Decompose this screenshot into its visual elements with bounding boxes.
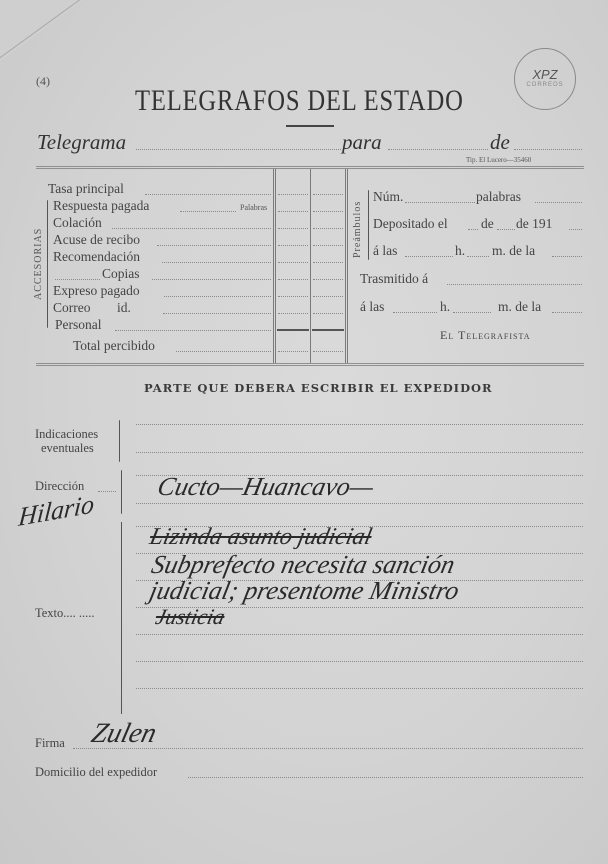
cell-importe-7[interactable] <box>313 296 343 297</box>
texto-handwritten-line-4: Justicia <box>153 604 227 630</box>
charge-field-expreso[interactable] <box>164 296 271 297</box>
texto-line-5[interactable] <box>136 634 583 635</box>
a-las-hour-field[interactable] <box>405 256 453 257</box>
a-las-period-field[interactable] <box>552 256 582 257</box>
charge-label-expreso: Expreso pagado <box>53 283 140 299</box>
telegrafista-label: El Telegrafista <box>440 328 530 343</box>
m-de-la-2-label: m. de la <box>498 299 541 315</box>
preambulos-label: Preámbulos <box>352 201 363 258</box>
subtotal-rule-1 <box>277 329 309 331</box>
h-label: h. <box>455 243 465 259</box>
postal-stamp: XPZ CORREOS <box>514 48 576 110</box>
subtotal-rule-2 <box>312 329 344 331</box>
preambulos-brace <box>368 190 369 260</box>
depositado-de-label: de <box>481 216 494 232</box>
indicaciones-label-2: eventuales <box>41 441 94 456</box>
cell-palabras-4[interactable] <box>278 245 308 246</box>
total-field[interactable] <box>176 351 271 352</box>
cell-total-palabras[interactable] <box>278 351 308 352</box>
cell-importe-3[interactable] <box>313 228 343 229</box>
indicaciones-label-1: Indicaciones <box>35 427 98 442</box>
texto-label: Texto.... ..... <box>35 606 95 621</box>
title-underline <box>286 125 334 127</box>
depositado-label: Depositado el <box>373 216 448 232</box>
texto-line-6[interactable] <box>136 661 583 662</box>
direccion-handwritten: Cucto—Huancavo— <box>155 472 377 502</box>
a-las-label: á las <box>373 243 397 259</box>
total-label: Total percibido <box>73 338 155 354</box>
a-las-2-minute-field[interactable] <box>453 312 491 313</box>
direccion-leader-dots <box>98 491 116 492</box>
depositado-month-field[interactable] <box>497 229 515 230</box>
num-label: Núm. <box>373 189 403 205</box>
charge-label-correo: Correo <box>53 300 91 316</box>
indicaciones-line-1[interactable] <box>136 424 583 425</box>
col-divider-1 <box>273 169 274 363</box>
cell-palabras-1[interactable] <box>278 194 308 195</box>
depositado-year-label: de 191 <box>516 216 552 232</box>
trasmitido-field[interactable] <box>447 284 582 285</box>
m-de-la-label: m. de la <box>492 243 535 259</box>
col-divider-3b <box>347 169 348 363</box>
telegrama-label: Telegrama <box>37 130 126 155</box>
para-label: para <box>342 130 382 155</box>
charge-label-respuesta: Respuesta pagada <box>53 198 149 214</box>
indicaciones-line-2[interactable] <box>136 452 583 453</box>
texto-handwritten-line-1: Lizinda asunto judicial <box>147 524 374 551</box>
stamp-text: XPZ <box>515 67 575 82</box>
de-label: de <box>490 130 510 155</box>
cell-importe-8[interactable] <box>313 313 343 314</box>
col-divider-3 <box>345 169 346 363</box>
num-field[interactable] <box>405 202 475 203</box>
cell-total-importe[interactable] <box>313 351 343 352</box>
charge-label-copias: Copias <box>102 266 140 282</box>
col-divider-2 <box>310 169 311 363</box>
mid-rule-2 <box>36 365 584 366</box>
cell-palabras-8[interactable] <box>278 313 308 314</box>
texto-handwritten-line-3: judicial; presentome Ministro <box>147 576 462 606</box>
charge-label-colacion: Colación <box>53 215 102 231</box>
indicaciones-brace <box>119 420 120 462</box>
page-number: (4) <box>36 74 50 89</box>
sender-section-title: PARTE QUE DEBERA ESCRIBIR EL EXPEDIDOR <box>144 381 493 395</box>
charge-field-acuse[interactable] <box>157 245 271 246</box>
cell-importe-1[interactable] <box>313 194 343 195</box>
charge-field-recomendacion[interactable] <box>162 262 271 263</box>
de-field[interactable] <box>514 149 582 150</box>
palabras-preamble-label: palabras <box>476 189 521 205</box>
stamp-subtext: CORREOS <box>515 82 575 88</box>
charge-field-personal[interactable] <box>115 330 271 331</box>
texto-line-7[interactable] <box>136 688 583 689</box>
depositado-day-field[interactable] <box>468 229 478 230</box>
palabras-field[interactable] <box>535 202 582 203</box>
telegrama-field[interactable] <box>136 149 341 150</box>
accesorias-brace <box>47 200 48 328</box>
mid-rule-1 <box>36 363 584 364</box>
copias-count-field[interactable] <box>55 279 100 280</box>
charge-field-respuesta[interactable] <box>180 211 236 212</box>
cell-importe-2[interactable] <box>313 211 343 212</box>
printer-note: Tip. El Lucero—35460 <box>466 156 531 164</box>
charge-field-copias[interactable] <box>152 279 271 280</box>
h-2-label: h. <box>440 299 450 315</box>
correo-id-label: id. <box>117 300 131 316</box>
cell-importe-6[interactable] <box>313 279 343 280</box>
depositado-year-field[interactable] <box>569 229 582 230</box>
charge-label-recomendacion: Recomendación <box>53 249 140 265</box>
cell-palabras-3[interactable] <box>278 228 308 229</box>
cell-importe-4[interactable] <box>313 245 343 246</box>
palabras-label: Palabras <box>240 203 267 212</box>
charge-label-acuse: Acuse de recibo <box>53 232 140 248</box>
a-las-2-period-field[interactable] <box>552 312 582 313</box>
cell-importe-5[interactable] <box>313 262 343 263</box>
cell-palabras-7[interactable] <box>278 296 308 297</box>
domicilio-label: Domicilio del expedidor <box>35 765 157 780</box>
accesorias-label: ACCESORIAS <box>33 228 44 300</box>
domicilio-field[interactable] <box>188 777 583 778</box>
para-field[interactable] <box>388 149 488 150</box>
charge-field-colacion[interactable] <box>112 228 271 229</box>
firma-handwritten: Zulen <box>88 718 160 750</box>
charge-field-tasa[interactable] <box>145 194 271 195</box>
firma-label: Firma <box>35 736 65 751</box>
texto-bracket <box>121 522 122 714</box>
cell-palabras-6[interactable] <box>278 279 308 280</box>
trasmitido-label: Trasmitido á <box>360 271 428 287</box>
charge-field-correo[interactable] <box>163 313 271 314</box>
a-las-minute-field[interactable] <box>467 256 489 257</box>
charge-label-personal: Personal <box>55 317 102 333</box>
form-title: TELEGRAFOS DEL ESTADO <box>135 84 464 118</box>
col-divider-1b <box>275 169 276 363</box>
cell-palabras-2[interactable] <box>278 211 308 212</box>
direccion-line-2[interactable] <box>136 503 583 504</box>
a-las-2-label: á las <box>360 299 384 315</box>
cell-palabras-5[interactable] <box>278 262 308 263</box>
a-las-2-hour-field[interactable] <box>393 312 437 313</box>
top-rule-1 <box>36 166 584 167</box>
charge-label-tasa: Tasa principal <box>48 181 124 197</box>
direccion-brace <box>121 470 122 514</box>
